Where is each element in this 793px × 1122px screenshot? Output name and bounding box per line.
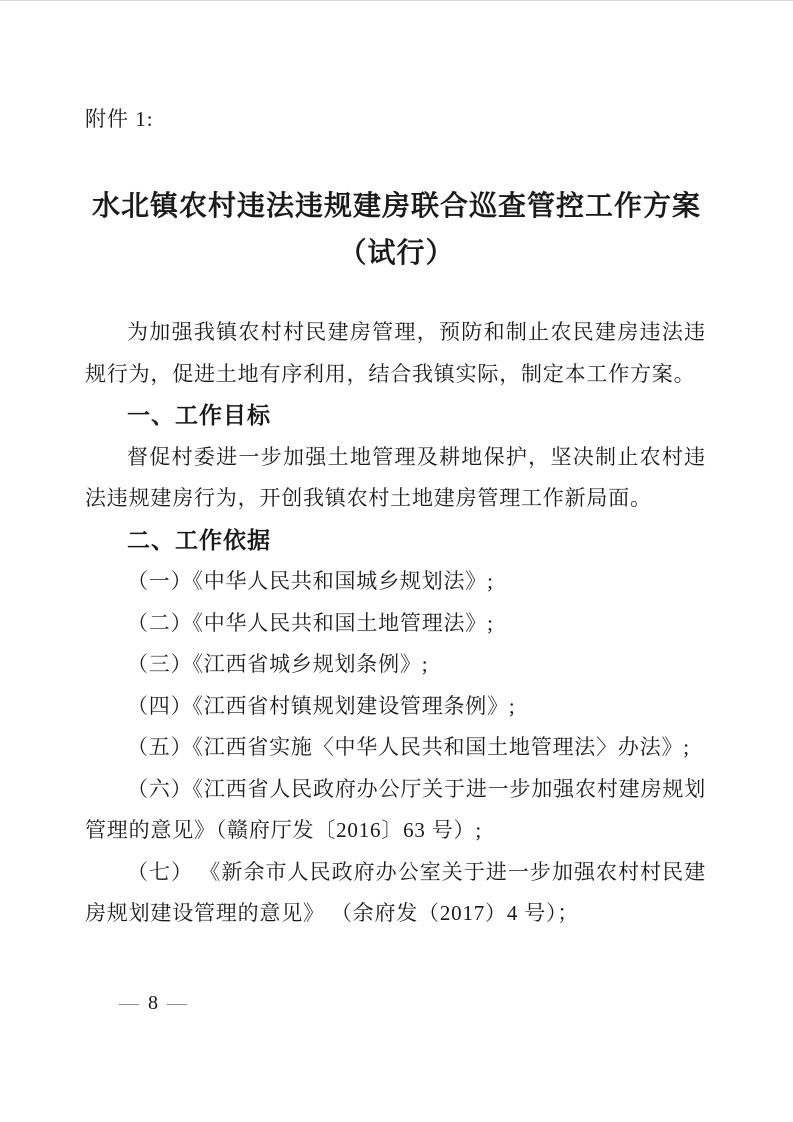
list-item: （五）《江西省实施〈中华人民共和国土地管理法〉办法》; <box>85 727 706 769</box>
paragraph: 督促村委进一步加强土地管理及耕地保护，坚决制止农村违法违规建房行为，开创我镇农村… <box>85 437 706 520</box>
title-line-1: 水北镇农村违法违规建房联合巡查管控工作方案 <box>40 182 753 229</box>
list-item: （四）《江西省村镇规划建设管理条例》; <box>85 686 706 728</box>
section-heading: 二、工作依据 <box>85 520 706 562</box>
list-item: （一）《中华人民共和国城乡规划法》; <box>85 561 706 603</box>
list-item: （六）《江西省人民政府办公厅关于进一步加强农村建房规划管理的意见》（赣府厅发〔2… <box>85 769 706 852</box>
list-item: （三）《江西省城乡规划条例》; <box>85 644 706 686</box>
document-body: 为加强我镇农村村民建房管理，预防和制止农民建房违法违规行为，促进土地有序利用，结… <box>85 312 706 935</box>
attachment-label: 附件 1: <box>85 106 154 132</box>
page-footer: —8— <box>110 991 196 1015</box>
list-item: （二）《中华人民共和国土地管理法》; <box>85 603 706 645</box>
document-page: 附件 1: 水北镇农村违法违规建房联合巡查管控工作方案 （试行） 为加强我镇农村… <box>0 0 793 1122</box>
list-item: （七） 《新余市人民政府办公室关于进一步加强农村村民建房规划建设管理的意见》 （… <box>85 852 706 935</box>
footer-dash-right: — <box>158 992 196 1014</box>
document-title: 水北镇农村违法违规建房联合巡查管控工作方案 （试行） <box>40 182 753 276</box>
footer-dash-left: — <box>110 992 148 1014</box>
title-line-2: （试行） <box>40 229 753 276</box>
section-heading: 一、工作目标 <box>85 395 706 437</box>
page-number: 8 <box>148 992 158 1014</box>
paragraph: 为加强我镇农村村民建房管理，预防和制止农民建房违法违规行为，促进土地有序利用，结… <box>85 312 706 395</box>
